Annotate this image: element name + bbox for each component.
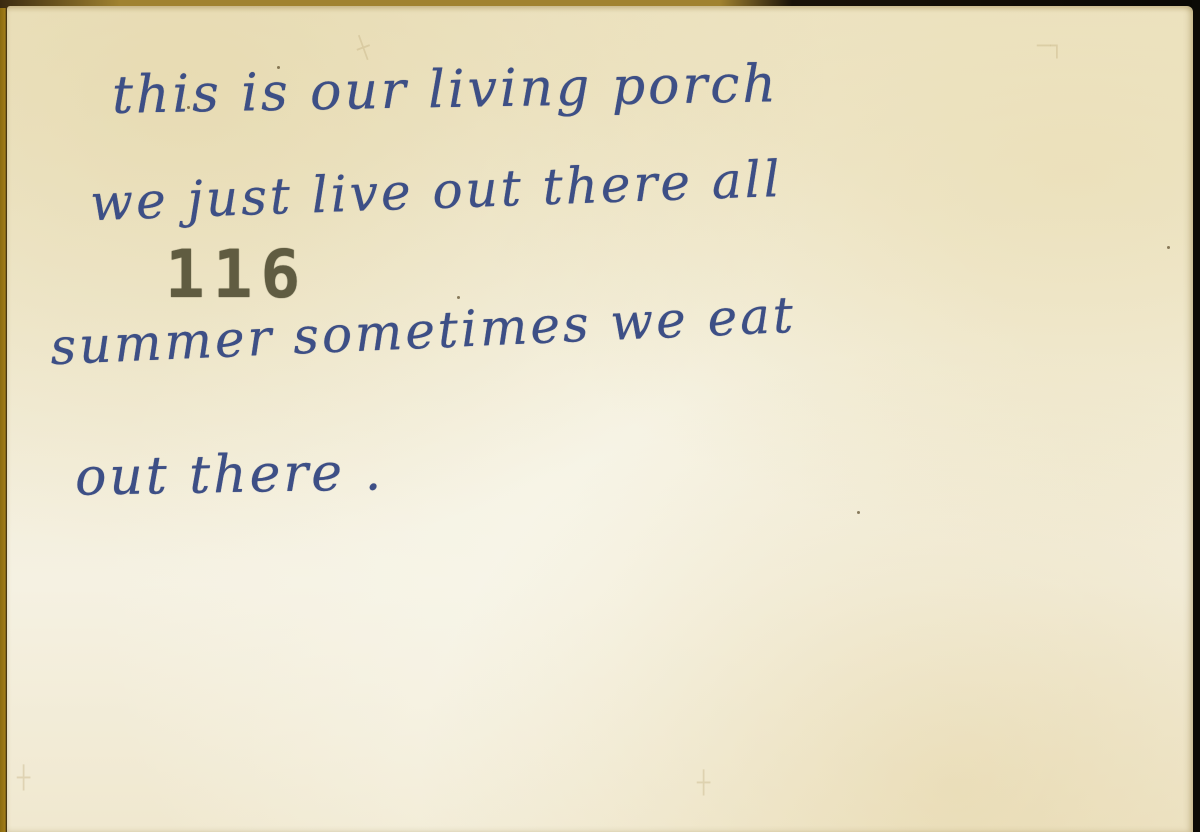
faint-watermark-mark: ─┐ [1037,34,1064,59]
paper-speck [457,296,460,299]
faint-watermark-mark: ┼ [697,771,710,796]
faint-watermark-mark: ┼ [353,34,374,62]
paper-speck [857,511,860,514]
handwritten-line-4: out there . [74,442,384,507]
faint-watermark-mark: ┼ [17,766,30,791]
right-edge-shadow [1192,0,1200,832]
paper-speck [1167,246,1170,249]
photo-back-card: ┼ ─┐ ┼ ┼ [7,6,1193,832]
stamped-number: 116 [165,236,308,313]
handwritten-line-1: this is our living porch [112,54,780,126]
